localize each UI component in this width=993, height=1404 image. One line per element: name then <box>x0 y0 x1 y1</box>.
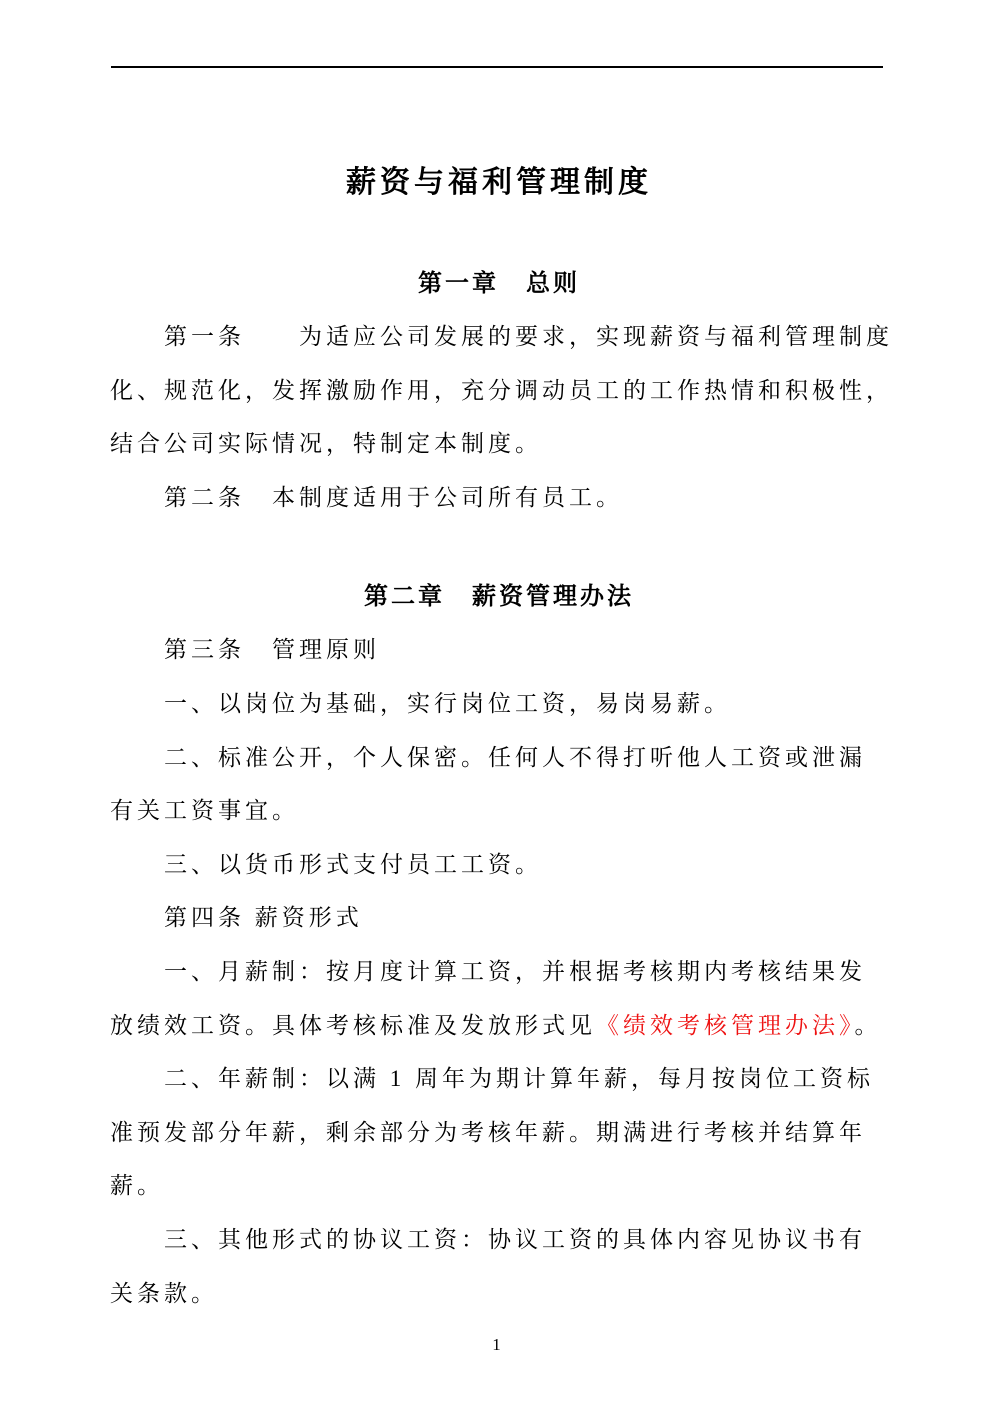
text-segment: 薪资与福利管理制度 <box>346 166 652 199</box>
text-segment: 。 <box>855 1013 882 1038</box>
text-segment: 第二章 薪资管理办法 <box>364 583 634 610</box>
text-segment: 二、标准公开，个人保密。任何人不得打听他人工资或泄漏 <box>164 745 866 770</box>
chapter-heading: 第二章 薪资管理办法 <box>110 570 888 624</box>
text-segment: 化、规范化，发挥激励作用，充分调动员工的工作热情和积极性， <box>110 378 893 403</box>
body-line: 二、标准公开，个人保密。任何人不得打听他人工资或泄漏 <box>110 731 888 785</box>
body-line: 化、规范化，发挥激励作用，充分调动员工的工作热情和积极性， <box>110 364 888 418</box>
text-segment: 第二条 本制度适用于公司所有员工。 <box>164 485 623 510</box>
red-reference-text: 《绩效考核管理办法》 <box>596 1013 855 1038</box>
text-segment: 一、月薪制：按月度计算工资，并根据考核期内考核结果发 <box>164 959 866 984</box>
body-line: 第四条 薪资形式 <box>110 891 888 945</box>
body-line: 第一条 为适应公司发展的要求，实现薪资与福利管理制度 <box>110 310 888 364</box>
text-segment: 一、以岗位为基础，实行岗位工资，易岗易薪。 <box>164 691 731 716</box>
text-segment: 准预发部分年薪，剩余部分为考核年薪。期满进行考核并结算年 <box>110 1120 866 1145</box>
page-number: 1 <box>0 1331 993 1359</box>
text-segment: 薪。 <box>110 1173 164 1198</box>
chapter-heading: 第一章 总则 <box>110 257 888 311</box>
body-line: 三、其他形式的协议工资：协议工资的具体内容见协议书有 <box>110 1213 888 1267</box>
text-segment: 第三条 管理原则 <box>164 637 380 662</box>
body-line: 一、以岗位为基础，实行岗位工资，易岗易薪。 <box>110 677 888 731</box>
text-segment: 三、其他形式的协议工资：协议工资的具体内容见协议书有 <box>164 1227 866 1252</box>
body-line: 放绩效工资。具体考核标准及发放形式见《绩效考核管理办法》。 <box>110 999 888 1053</box>
body-line: 准预发部分年薪，剩余部分为考核年薪。期满进行考核并结算年 <box>110 1106 888 1160</box>
body-line: 关条款。 <box>110 1267 888 1321</box>
body-line: 二、年薪制：以满 1 周年为期计算年薪，每月按岗位工资标 <box>110 1052 888 1106</box>
text-segment: 第四条 薪资形式 <box>164 905 363 930</box>
text-segment: 第一条 为适应公司发展的要求，实现薪资与福利管理制度 <box>164 324 893 349</box>
body-line: 一、月薪制：按月度计算工资，并根据考核期内考核结果发 <box>110 945 888 999</box>
body-line: 有关工资事宜。 <box>110 784 888 838</box>
body-line: 结合公司实际情况，特制定本制度。 <box>110 417 888 471</box>
text-segment: 结合公司实际情况，特制定本制度。 <box>110 431 542 456</box>
body-line: 三、以货币形式支付员工工资。 <box>110 838 888 892</box>
text-segment: 放绩效工资。具体考核标准及发放形式见 <box>110 1013 596 1038</box>
document-body: 薪资与福利管理制度第一章 总则第一条 为适应公司发展的要求，实现薪资与福利管理制… <box>110 0 888 1404</box>
text-segment: 有关工资事宜。 <box>110 798 299 823</box>
text-segment: 第一章 总则 <box>418 270 580 297</box>
body-line: 第三条 管理原则 <box>110 623 888 677</box>
text-segment: 关条款。 <box>110 1281 218 1306</box>
text-segment: 三、以货币形式支付员工工资。 <box>164 852 542 877</box>
body-line: 薪。 <box>110 1159 888 1213</box>
document-page: 薪资与福利管理制度第一章 总则第一条 为适应公司发展的要求，实现薪资与福利管理制… <box>0 0 993 1404</box>
doc-title: 薪资与福利管理制度 <box>110 156 888 210</box>
text-segment: 二、年薪制：以满 1 周年为期计算年薪，每月按岗位工资标 <box>164 1066 874 1091</box>
body-line: 第二条 本制度适用于公司所有员工。 <box>110 471 888 525</box>
